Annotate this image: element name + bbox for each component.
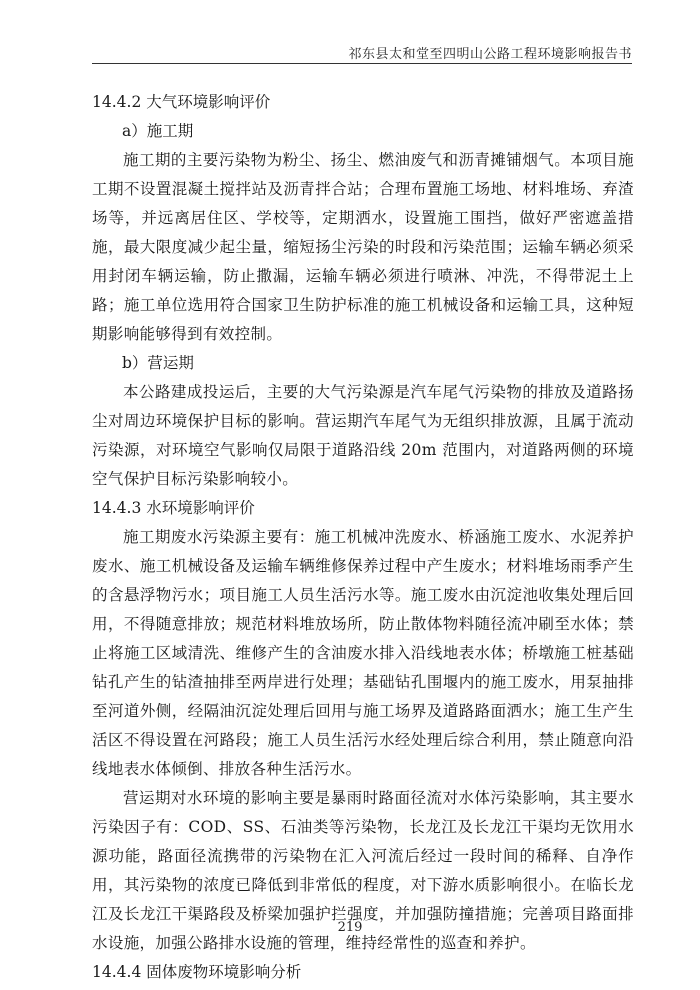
- paragraph-water-construction: 施工期废水污染源主要有：施工机械冲洗废水、桥涵施工废水、水泥养护废水、施工机械设…: [92, 523, 634, 784]
- page-number: 219: [0, 920, 700, 935]
- paragraph-air-construction: 施工期的主要污染物为粉尘、扬尘、燃油废气和沥青摊铺烟气。本项目施工期不设置混凝土…: [92, 146, 634, 349]
- subheading-construction-period: a）施工期: [92, 117, 634, 146]
- document-header-title: 祁东县太和堂至四明山公路工程环境影响报告书: [348, 43, 632, 62]
- header-divider: [92, 63, 632, 64]
- paragraph-air-operation: 本公路建成投运后，主要的大气污染源是汽车尾气污染物的排放及道路扬尘对周边环境保护…: [92, 378, 634, 494]
- page-content: 14.4.2 大气环境影响评价 a）施工期 施工期的主要污染物为粉尘、扬尘、燃油…: [92, 88, 634, 987]
- subheading-operation-period: b）营运期: [92, 349, 634, 378]
- section-heading-air: 14.4.2 大气环境影响评价: [92, 88, 634, 117]
- section-heading-solid-waste: 14.4.4 固体废物环境影响分析: [92, 958, 634, 987]
- section-heading-water: 14.4.3 水环境影响评价: [92, 494, 634, 523]
